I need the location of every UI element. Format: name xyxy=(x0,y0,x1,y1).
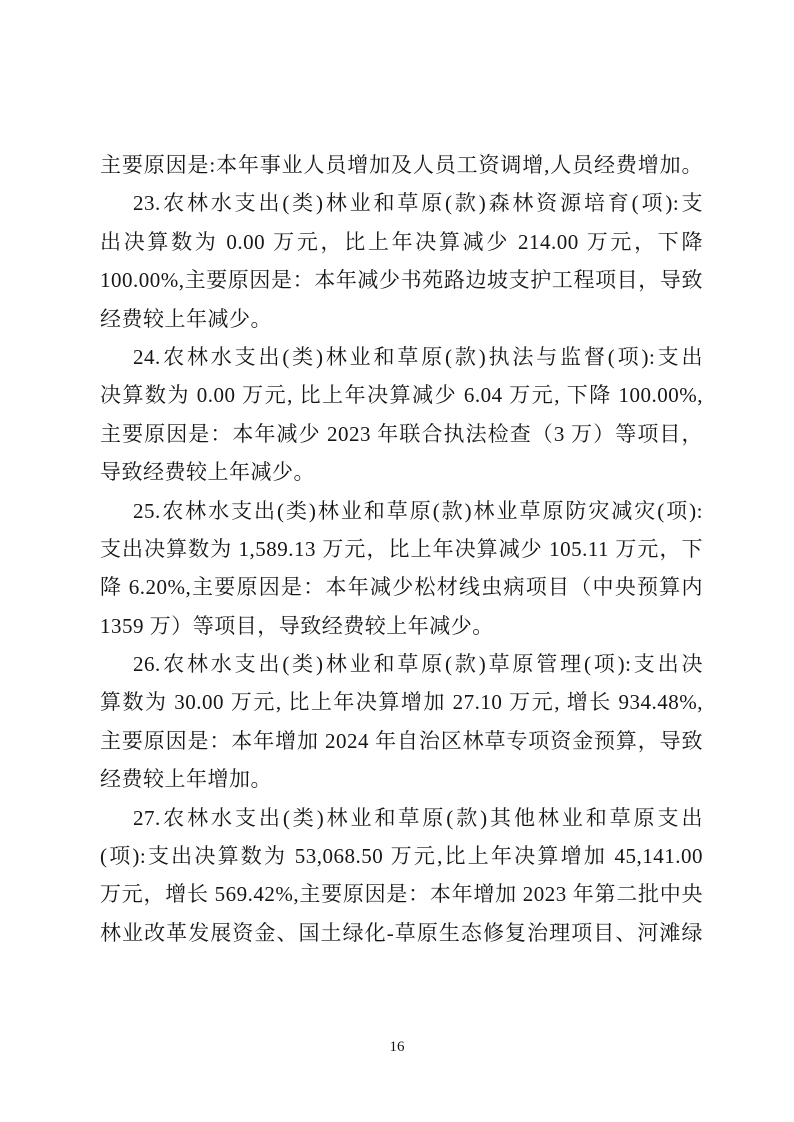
text-line: 24.农林水支出(类)林业和草原(款)执法与监督(项):支出 xyxy=(100,338,703,376)
text-line: (项):支出决算数为 53,068.50 万元,比上年决算增加 45,141.0… xyxy=(100,837,703,875)
text-line: 1359 万）等项目，导致经费较上年减少。 xyxy=(100,607,703,645)
text-line: 主要原因是:本年事业人员增加及人员工资调增,人员经费增加。 xyxy=(100,146,703,184)
text-line: 经费较上年减少。 xyxy=(100,300,703,338)
text-line: 降 6.20%,主要原因是：本年减少松材线虫病项目（中央预算内 xyxy=(100,568,703,606)
text-line: 主要原因是：本年减少 2023 年联合执法检查（3 万）等项目， xyxy=(100,415,703,453)
page-number: 16 xyxy=(0,1039,794,1056)
text-line: 算数为 30.00 万元, 比上年决算增加 27.10 万元, 增长 934.4… xyxy=(100,683,703,721)
text-line: 决算数为 0.00 万元, 比上年决算减少 6.04 万元, 下降 100.00… xyxy=(100,376,703,414)
body-text: 主要原因是:本年事业人员增加及人员工资调增,人员经费增加。 23.农林水支出(类… xyxy=(100,146,703,952)
text-line: 导致经费较上年减少。 xyxy=(100,453,703,491)
text-line: 25.农林水支出(类)林业和草原(款)林业草原防灾减灾(项): xyxy=(100,492,703,530)
text-line: 出决算数为 0.00 万元，比上年决算减少 214.00 万元，下降 xyxy=(100,223,703,261)
text-line: 万元，增长 569.42%,主要原因是：本年增加 2023 年第二批中央 xyxy=(100,875,703,913)
text-line: 100.00%,主要原因是：本年减少书苑路边坡支护工程项目，导致 xyxy=(100,261,703,299)
text-line: 23.农林水支出(类)林业和草原(款)森林资源培育(项):支 xyxy=(100,184,703,222)
text-line: 支出决算数为 1,589.13 万元，比上年决算减少 105.11 万元，下 xyxy=(100,530,703,568)
text-line: 经费较上年增加。 xyxy=(100,760,703,798)
text-line: 27.农林水支出(类)林业和草原(款)其他林业和草原支出 xyxy=(100,799,703,837)
text-line: 主要原因是：本年增加 2024 年自治区林草专项资金预算，导致 xyxy=(100,722,703,760)
text-line: 26.农林水支出(类)林业和草原(款)草原管理(项):支出决 xyxy=(100,645,703,683)
document-page: 主要原因是:本年事业人员增加及人员工资调增,人员经费增加。 23.农林水支出(类… xyxy=(0,0,794,1122)
text-line: 林业改革发展资金、国土绿化-草原生态修复治理项目、河滩绿 xyxy=(100,914,703,952)
